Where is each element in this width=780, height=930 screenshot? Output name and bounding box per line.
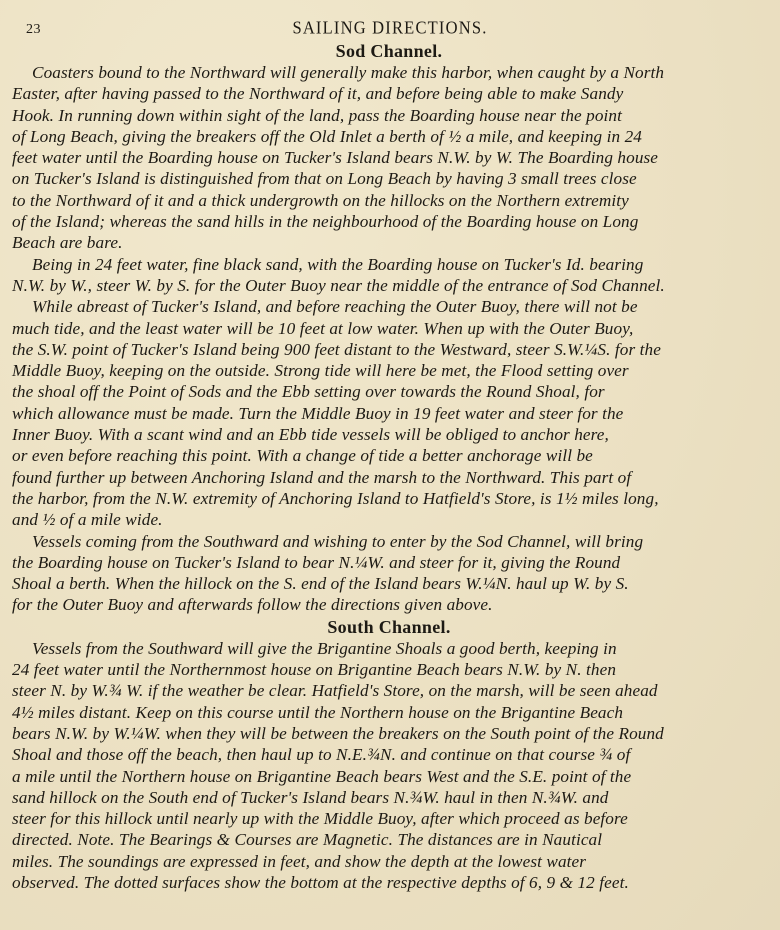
text-line: or even before reaching this point. With…	[12, 445, 766, 466]
text-line: the shoal off the Point of Sods and the …	[12, 381, 766, 402]
text-line: Hook. In running down within sight of th…	[12, 105, 766, 126]
section-text: Vessels from the Southward will give the…	[12, 638, 766, 894]
section-south-channel: South Channel. Vessels from the Southwar…	[12, 616, 766, 894]
text-line: miles. The soundings are expressed in fe…	[12, 851, 766, 872]
text-line: Easter, after having passed to the North…	[12, 83, 766, 104]
text-line: Shoal and those off the beach, then haul…	[12, 744, 766, 765]
text-line: for the Outer Buoy and afterwards follow…	[12, 594, 766, 615]
text-line: observed. The dotted surfaces show the b…	[12, 872, 766, 893]
text-line: Beach are bare.	[12, 232, 766, 253]
text-line: Being in 24 feet water, fine black sand,…	[12, 254, 766, 275]
text-line: which allowance must be made. Turn the M…	[12, 403, 766, 424]
section-title: South Channel.	[12, 616, 766, 638]
text-line: to the Northward of it and a thick under…	[12, 190, 766, 211]
text-line: directed. Note. The Bearings & Courses a…	[12, 829, 766, 850]
text-line: bears N.W. by W.¼W. when they will be be…	[12, 723, 766, 744]
text-line: steer N. by W.¾ W. if the weather be cle…	[12, 680, 766, 701]
text-line: Vessels from the Southward will give the…	[12, 638, 766, 659]
text-line: the S.W. point of Tucker's Island being …	[12, 339, 766, 360]
text-line: the harbor, from the N.W. extremity of A…	[12, 488, 766, 509]
text-line: 24 feet water until the Northernmost hou…	[12, 659, 766, 680]
text-line: on Tucker's Island is distinguished from…	[12, 168, 766, 189]
text-line: much tide, and the least water will be 1…	[12, 318, 766, 339]
text-line: Middle Buoy, keeping on the outside. Str…	[12, 360, 766, 381]
text-line: of Long Beach, giving the breakers off t…	[12, 126, 766, 147]
section-text: Coasters bound to the Northward will gen…	[12, 62, 766, 616]
text-line: a mile until the Northern house on Briga…	[12, 766, 766, 787]
text-line: the Boarding house on Tucker's Island to…	[12, 552, 766, 573]
text-line: sand hillock on the South end of Tucker'…	[12, 787, 766, 808]
text-line: 4½ miles distant. Keep on this course un…	[12, 702, 766, 723]
page-body: Sod Channel. Coasters bound to the North…	[12, 40, 766, 893]
text-line: steer for this hillock until nearly up w…	[12, 808, 766, 829]
text-line: and ½ of a mile wide.	[12, 509, 766, 530]
text-line: Coasters bound to the Northward will gen…	[12, 62, 766, 83]
text-line: Shoal a berth. When the hillock on the S…	[12, 573, 766, 594]
section-sod-channel: Sod Channel. Coasters bound to the North…	[12, 40, 766, 616]
running-head: SAILING DIRECTIONS.	[0, 17, 780, 39]
section-title: Sod Channel.	[12, 40, 766, 62]
text-line: Vessels coming from the Southward and wi…	[12, 531, 766, 552]
text-line: feet water until the Boarding house on T…	[12, 147, 766, 168]
text-line: Inner Buoy. With a scant wind and an Ebb…	[12, 424, 766, 445]
text-line: found further up between Anchoring Islan…	[12, 467, 766, 488]
text-line: While abreast of Tucker's Island, and be…	[12, 296, 766, 317]
text-line: N.W. by W., steer W. by S. for the Outer…	[12, 275, 766, 296]
text-line: of the Island; whereas the sand hills in…	[12, 211, 766, 232]
